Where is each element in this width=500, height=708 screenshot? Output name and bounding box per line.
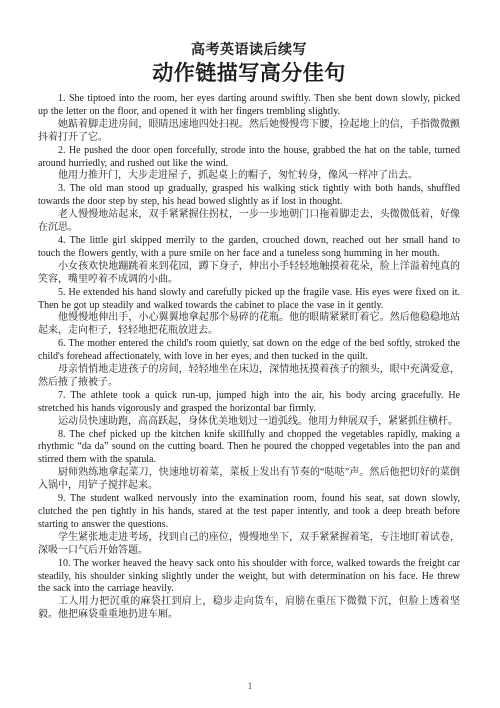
item-english-sentence: 2. He pushed the door open forcefully, s… (38, 145, 460, 171)
item-english-sentence: 8. The chef picked up the kitchen knife … (38, 429, 460, 468)
item-english-sentence: 4. The little girl skipped merrily to th… (38, 235, 460, 261)
item-chinese-translation: 母亲悄悄地走进孩子的房间，轻轻地坐在床边，深情地抚摸着孩子的额头，眼中充满爱意，… (38, 364, 460, 390)
item-chinese-translation: 她踮着脚走进房间，眼睛迅速地四处扫视。然后她慢慢弯下腰，捡起地上的信，手指微微颤… (38, 119, 460, 145)
item-chinese-translation: 工人用力把沉重的麻袋扛到肩上，稳步走向货车，肩膀在重压下微微下沉，但脸上透着坚毅… (38, 596, 460, 622)
item-english-sentence: 1. She tiptoed into the room, her eyes d… (38, 93, 460, 119)
item-chinese-translation: 小女孩欢快地蹦跳着来到花园，蹲下身子，伸出小手轻轻地触摸着花朵，脸上洋溢着纯真的… (38, 261, 460, 287)
item-english-sentence: 6. The mother entered the child's room q… (38, 338, 460, 364)
page-title: 动作链描写高分佳句 (38, 62, 460, 85)
item-english-sentence: 5. He extended his hand slowly and caref… (38, 287, 460, 313)
document-page: 高考英语读后续写 动作链描写高分佳句 1. She tiptoed into t… (0, 0, 500, 708)
item-chinese-translation: 学生紧张地走进考场，找到自己的座位，慢慢地坐下，双手紧紧握着笔，专注地盯着试卷，… (38, 532, 460, 558)
item-chinese-translation: 他慢慢地伸出手，小心翼翼地拿起那个易碎的花瓶。他的眼睛紧紧盯着它。然后他稳稳地站… (38, 312, 460, 338)
item-chinese-translation: 运动员快速助跑，高高跃起，身体优美地划过一道弧线。他用力伸展双手，紧紧抓住横杆。 (38, 416, 460, 429)
document-subtitle: 高考英语读后续写 (38, 42, 460, 57)
item-chinese-translation: 厨师熟练地拿起菜刀，快速地切着菜，菜板上发出有节奏的“哒哒”声。然后他把切好的菜… (38, 467, 460, 493)
item-chinese-translation: 老人慢慢地站起来，双手紧紧握住拐杖，一步一步地朝门口拖着脚走去，头微微低着，好像… (38, 209, 460, 235)
item-chinese-translation: 他用力推开门，大步走进屋子，抓起桌上的帽子，匆忙转身，像风一样冲了出去。 (38, 170, 460, 183)
sentence-list: 1. She tiptoed into the room, her eyes d… (38, 93, 460, 665)
page-number: 1 (0, 681, 500, 691)
item-english-sentence: 10. The worker heaved the heavy sack ont… (38, 558, 460, 597)
item-english-sentence: 7. The athlete took a quick run-up, jump… (38, 390, 460, 416)
item-english-sentence: 3. The old man stood up gradually, grasp… (38, 183, 460, 209)
item-english-sentence: 9. The student walked nervously into the… (38, 493, 460, 532)
